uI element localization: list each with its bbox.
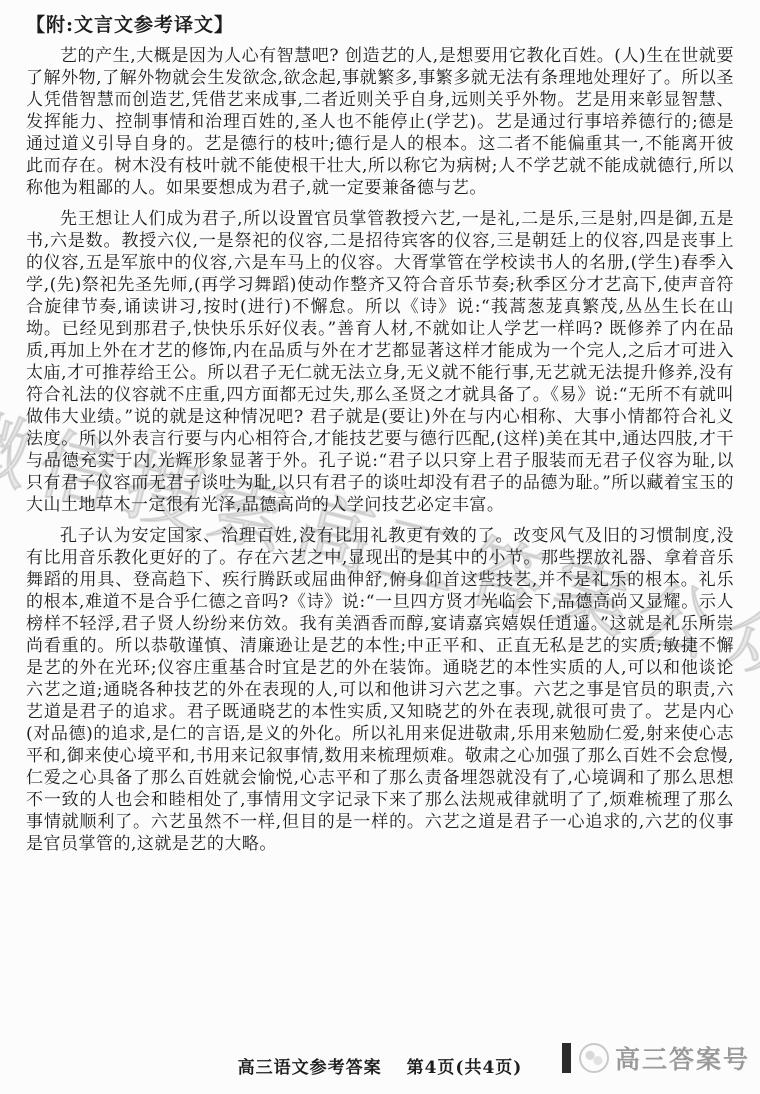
stamp-logo-icon xyxy=(579,1043,609,1073)
section-title: 【附:文言文参考译文】 xyxy=(26,10,734,37)
stamp-account-name: 高三答案号 xyxy=(615,1040,750,1076)
stamp-bar-icon xyxy=(562,1043,571,1073)
document-page: 微信搜索高三答案公众号 【附:文言文参考译文】 艺的产生,大概是因为人心有智慧吧… xyxy=(0,0,760,1094)
publisher-stamp: 高三答案号 xyxy=(562,1040,750,1076)
translation-paragraph-1: 艺的产生,大概是因为人心有智慧吧? 创造艺的人,是想要用它教化百姓。(人)生在世… xyxy=(26,45,734,199)
footer-document-name: 高三语文参考答案 xyxy=(238,1058,382,1078)
translation-paragraph-3: 孔子认为安定国家、治理百姓,没有比用礼教更有效的了。改变风气及旧的习惯制度,没有… xyxy=(26,525,734,855)
footer-page-number: 第4页(共4页) xyxy=(407,1058,523,1078)
translation-content: 【附:文言文参考译文】 艺的产生,大概是因为人心有智慧吧? 创造艺的人,是想要用… xyxy=(0,0,760,855)
translation-paragraph-2: 先王想让人们成为君子,所以设置官员掌管教授六艺,一是礼,二是乐,三是射,四是御,… xyxy=(26,208,734,516)
